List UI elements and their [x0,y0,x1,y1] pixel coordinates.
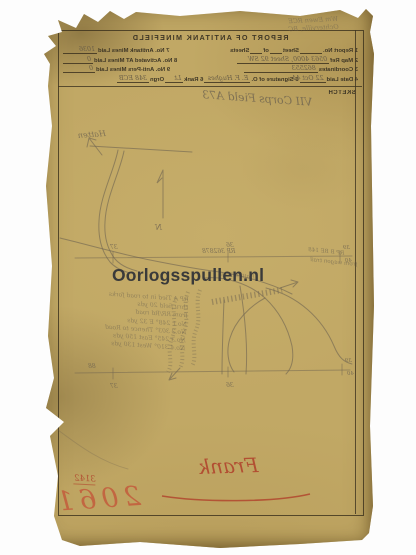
crease-line [58,430,128,469]
road-to-south-1 [222,300,224,374]
grid-line-b-ticks [113,364,342,379]
watermark-text: Oorlogsspullen.nl [112,265,264,286]
large-red-number: 2061 [51,481,142,518]
grid-a-left-tick-number: 37 [110,244,118,251]
mine-row-arrow [280,280,298,288]
rp-point-label: RP 362878 [202,248,237,255]
bearing-note-block: RP A Tied in to road forks thru field 20… [63,288,189,354]
grid-a-mid-tick-number: 36 [226,242,234,249]
grid-line-b [75,370,350,373]
grid-b-right-bottom-number: 40 [346,371,354,377]
north-arrow [157,170,163,218]
grid-b-mid-tick-number: 36 [226,382,234,389]
grid-b-left-end-number: 88 [88,363,96,370]
grid-b-left-tick-number: 37 [110,383,118,390]
hatten-trail-line [90,146,192,152]
hatch-row-2 [192,290,200,366]
town-label: Hatten [78,129,108,140]
grid-a-right-bottom-number: 40 [344,258,352,264]
grid-b-right-top-number: 39 [344,358,351,364]
mine-row-bar [212,290,282,302]
loop-road-3 [266,288,352,364]
grid-a-right-top-number: 39 [342,245,349,251]
frank-underline-swoosh [162,494,310,501]
photo-background: { "watermark": { "text": "Oorlogsspullen… [0,0,416,555]
north-label: N [154,223,163,232]
frank-signature: Frank [198,453,259,479]
aged-document-paper: REPORT OF ANTITANK MINEFIELD 1 Report No… [40,6,376,549]
rp-right-label-1: RP B BE 148 [307,247,345,257]
